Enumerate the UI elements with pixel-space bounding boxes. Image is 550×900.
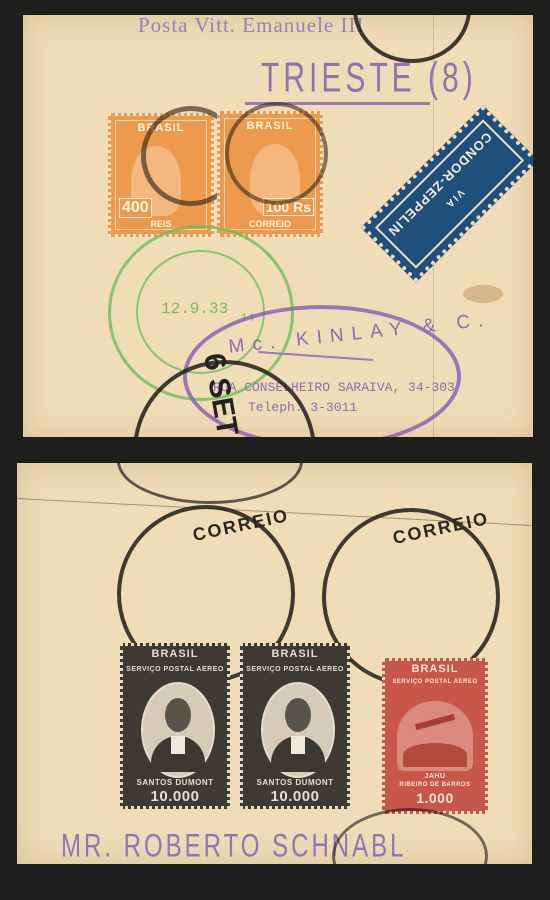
stamp-jahu: BRASIL SERVIÇO POSTAL AEREO JAHU RIBEIRO… [382, 658, 488, 814]
stamp-value: 10.000 [123, 788, 227, 805]
stamp-value: 1.000 [385, 790, 485, 806]
portrait [261, 682, 335, 778]
black-cancel-bottom [332, 808, 488, 864]
cover-fragment-back: CORREIO CORREIO BRASIL SERVIÇO POSTAL AE… [17, 463, 532, 864]
condor-zeppelin-label: CONDOR-ZEPPELIN VIA [361, 105, 533, 282]
stamp-santos-dumont-1: BRASIL SERVIÇO POSTAL AEREO SANTOS DUMON… [120, 643, 230, 809]
stamp-santos-dumont-2: BRASIL SERVIÇO POSTAL AEREO SANTOS DUMON… [240, 643, 350, 809]
header-text: Posta Vitt. Emanuele III [138, 15, 364, 38]
green-cancel-date: 12.9.33 [161, 300, 228, 318]
plane-scene [397, 701, 473, 771]
stamp-100-reis: BRASIL 100 Rs CORREIO [217, 111, 323, 237]
black-cancel [225, 102, 328, 205]
stamp-value: 400 [119, 198, 152, 218]
stamp-400-reis: BRASIL 400 REIS [108, 113, 214, 237]
portrait [141, 682, 215, 778]
plane-icon [415, 714, 455, 730]
stamp-value: 10.000 [243, 788, 347, 805]
stain [463, 285, 503, 303]
stamp-label: CORREIO [220, 219, 320, 229]
destination-text: TRIESTE (8) [261, 55, 477, 103]
cover-fragment-front: Posta Vitt. Emanuele III TRIESTE (8) BRA… [23, 15, 533, 437]
black-cancel-top [117, 463, 303, 504]
